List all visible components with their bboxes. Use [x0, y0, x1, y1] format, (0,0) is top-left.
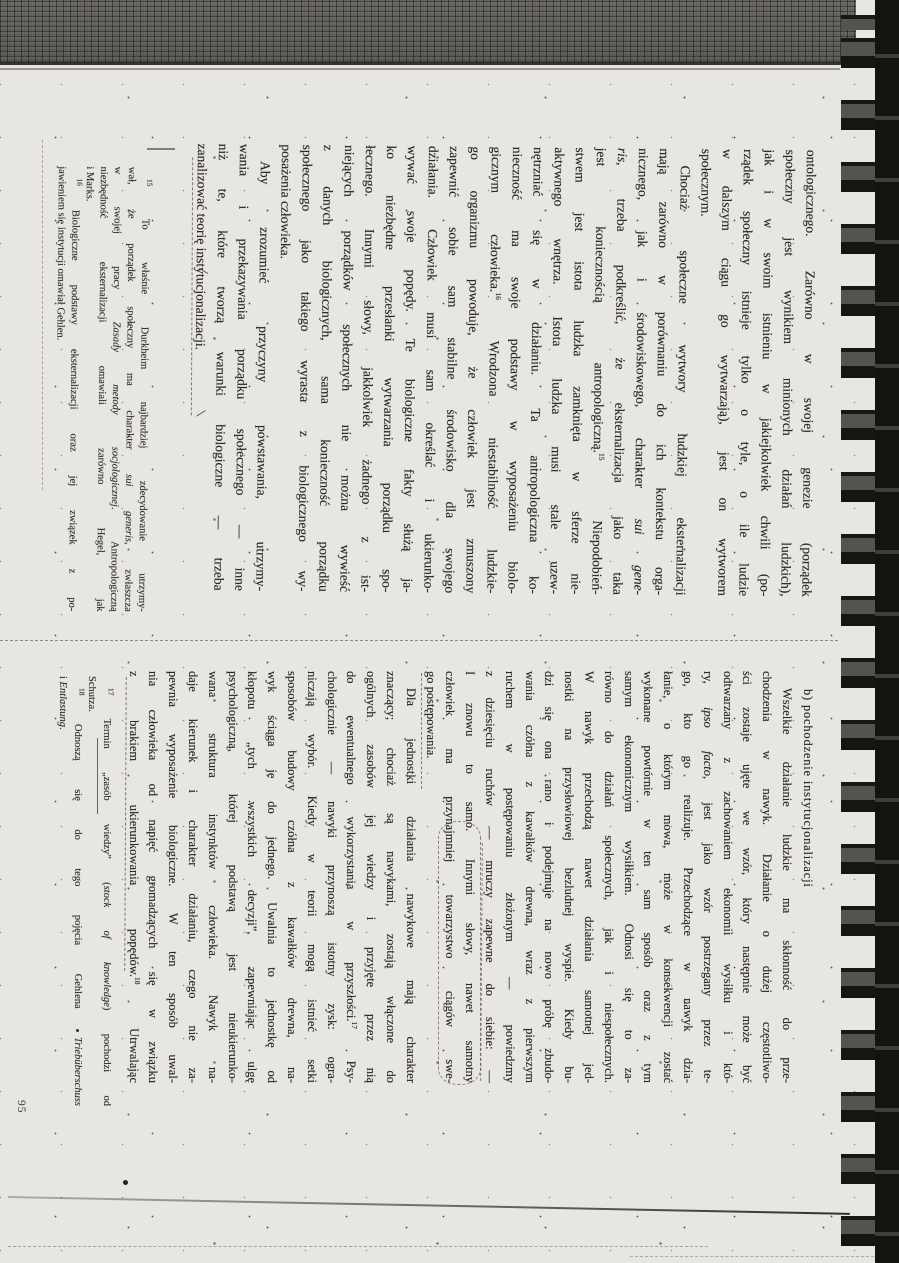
paragraph: 18 Odnoszą się do tego pojęcia Gehlena T… [55, 676, 84, 1106]
text-line: do ewentualnego wykorzystania w przyszło… [341, 671, 361, 1083]
paragraph: Chociaż społeczne wytwory ludzkiej ekste… [271, 144, 696, 595]
text-line: chologicznie — nawyki przynoszą istotny … [321, 671, 341, 1083]
left-page-body-text: ontologicznego. Zarówno w swojej genezie… [187, 143, 822, 597]
text-line: samym ekonomicznym wysiłkiem. Odnosi się… [618, 671, 638, 1083]
text-line: z brakiem ukierunkowania popędów.18 Utrw… [123, 671, 143, 1083]
right-page-footnotes: 17 Termin „zasób wiedzy” (stock of knowl… [55, 676, 113, 1106]
text-line: 17 Termin „zasób wiedzy” (stock of knowl… [99, 676, 114, 1106]
left-page-paragraphs: ontologicznego. Zarówno w swojej genezie… [187, 143, 822, 597]
text-line: 18 Odnoszą się do tego pojęcia Gehlena T… [70, 676, 85, 1106]
text-line: W nawyk przechodzą nawet działania samot… [578, 671, 598, 1083]
text-line: nia człowieka od napięć gromadzących się… [143, 671, 163, 1083]
text-line: sposobów budowy czółna z kawałków drewna… [281, 671, 301, 1083]
footnote-rule-mark [147, 148, 175, 150]
left-page-edge-line [42, 140, 43, 490]
text-line: daje kierunek i charakter działaniu, cze… [182, 671, 202, 1083]
right-page-footnote-paragraphs: 17 Termin „zasób wiedzy” (stock of knowl… [55, 676, 113, 1106]
right-page-edge-line [8, 1196, 850, 1215]
paragraph: Dla jednostki działania nawykowe mają ch… [123, 671, 420, 1083]
text-line: odtwarzany z zachowaniem ekonomii wysiłk… [717, 671, 737, 1083]
left-page-footnotes: 15 To właśnie Durkheim najbardziej zdecy… [50, 166, 152, 612]
scanned-book-page: ontologicznego. Zarówno w swojej genezie… [0, 0, 899, 1263]
text-line: dzi się ona rano i podejmuje na nowo pró… [539, 671, 559, 1083]
left-page-footnote-paragraphs: 15 To właśnie Durkheim najbardziej zdecy… [50, 166, 152, 612]
scan-artifact-line [8, 1246, 708, 1247]
text-line: Wszelkie działanie ludzkie ma skłonność … [776, 671, 796, 1083]
paragraph: 15 To właśnie Durkheim najbardziej zdecy… [78, 166, 152, 612]
text-line: łanie, o którym mowa, może w konsekwencj… [657, 671, 677, 1083]
section-heading: b) pochodzenie instytucjonalizacji [796, 671, 818, 1083]
text-line: wyk ściąga je do jednego. Uwalnia to jed… [261, 671, 281, 1083]
text-line: ści zostaje ujęte we wzór, który następn… [737, 671, 757, 1083]
text-line: go postępowania. [420, 671, 440, 1083]
text-line: ry, ipso facto, jest jako wzór postrzega… [697, 671, 717, 1083]
text-line: Schutza. [84, 676, 99, 1106]
text-line: kłopotu „tych wszystkich decyzji”, zapew… [242, 671, 262, 1083]
text-line: równo do działań społecznych, jak i nies… [598, 671, 618, 1083]
binding-teeth [841, 0, 878, 1263]
text-line: I znowu to samo. Innymi słowy, nawet sam… [459, 671, 479, 1083]
ink-speck [123, 1180, 128, 1185]
text-line: psychologiczną, której podstawą jest nie… [222, 671, 242, 1083]
scanner-edge-band [0, 0, 856, 65]
paragraph: ontologicznego. Zarówno w swojej genezie… [691, 149, 822, 597]
paragraph: Aby zrozumieć przyczyny powstawania, utr… [187, 143, 276, 591]
page-gutter-line [0, 640, 838, 641]
text-line: wana struktura instynktów człowieka. Naw… [202, 671, 222, 1083]
paragraph: 16 Biologiczne podstawy eksternalizacji … [50, 166, 82, 611]
text-line: człowiek ma przynajmniej towarzystwo cią… [440, 671, 460, 1083]
text-line: Dla jednostki działania nawykowe mają ch… [400, 671, 420, 1083]
paragraph: Wszelkie działanie ludzkie ma skłonność … [420, 671, 796, 1083]
text-line: wykonane powtórnie w ten sam sposób oraz… [638, 671, 658, 1083]
right-page-paragraphs: Wszelkie działanie ludzkie ma skłonność … [123, 671, 796, 1083]
text-line: ogólnych zasobów jej wiedzy i przyjęte p… [360, 671, 380, 1083]
text-line: nostki na przysłowiowej bezludnej wyspie… [558, 671, 578, 1083]
text-line: niczają wybór. Kiedy w teorii mogą istni… [301, 671, 321, 1083]
text-line: go, kto go realizuje. Przechodzące w naw… [677, 671, 697, 1083]
page-number: 95 [15, 1100, 27, 1114]
binding-spine [875, 0, 899, 1263]
text-line: chodzenia w nawyk. Działanie o dużej czę… [756, 671, 776, 1083]
text-line: z dziesięciu ruchów — mruczy zapewne do … [479, 671, 499, 1083]
text-line: ruchem w postępowaniu złożonym — powiedz… [499, 671, 519, 1083]
paragraph: 17 Termin „zasób wiedzy” (stock of knowl… [84, 676, 113, 1106]
right-page-body-text: b) pochodzenie instytucjonalizacji Wszel… [123, 671, 818, 1083]
text-line: pewnia wyposażenie biologiczne. W ten sp… [163, 671, 183, 1083]
spiral-binding [835, 0, 899, 1263]
scanner-band-shadow [0, 68, 840, 70]
text-line: znaczący; chociaż są nawykami, zostają w… [380, 671, 400, 1083]
text-line: wania czółna z kawałków drewna, wraz z p… [519, 671, 539, 1083]
text-line: i Entlastung. [55, 676, 70, 1106]
